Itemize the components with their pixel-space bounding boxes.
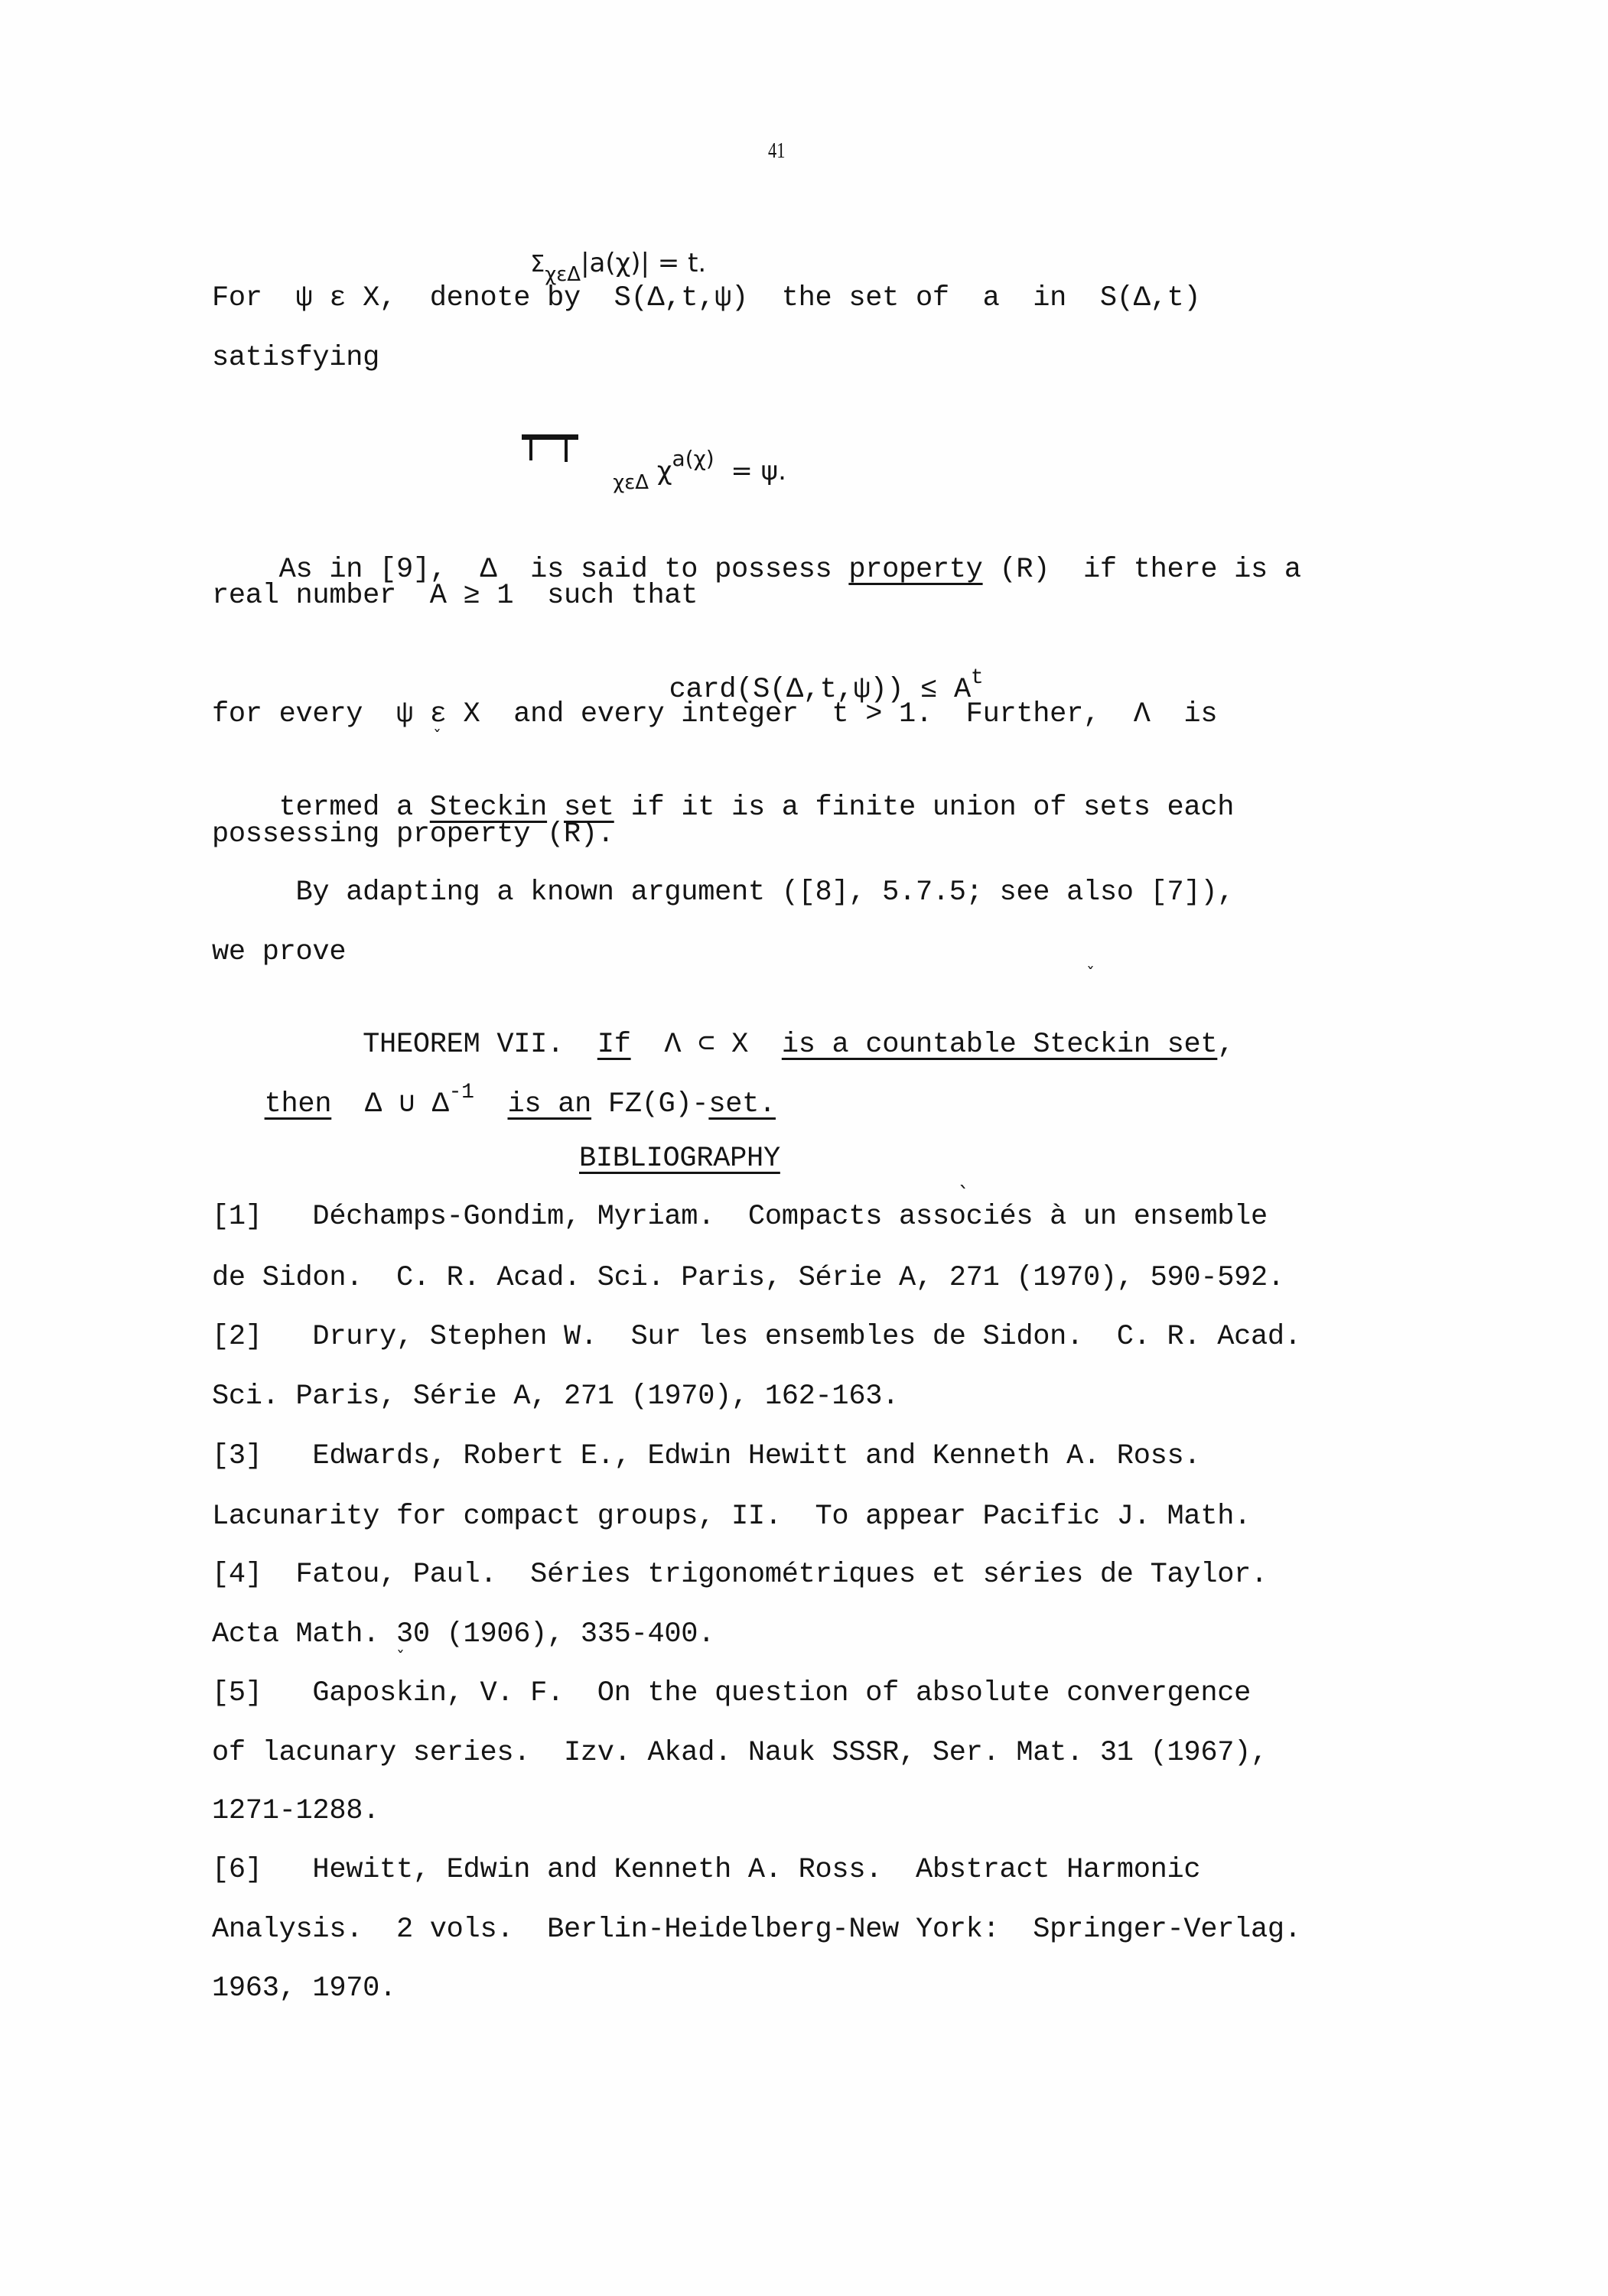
text-line-real-number: real number A ≥ 1 such that <box>212 579 698 613</box>
bib-line: Sci. Paris, Série A, 271 (1970), 162-163… <box>212 1380 899 1413</box>
theorem-expression: Δ ∪ Δ <box>331 1088 448 1120</box>
product-subscript: χεΔ <box>613 471 649 494</box>
underlined-term-property: property <box>848 554 982 586</box>
text-line-termed: termed a Steckin set if it is a finite u… <box>212 757 1234 791</box>
sigma-symbol: Σ <box>530 251 545 278</box>
underlined-then: then <box>265 1088 332 1120</box>
card-formula: card(S(Δ,t,ψ)) ≤ At <box>602 639 983 673</box>
bib-line: [4] Fatou, Paul. Séries trigonométriques… <box>212 1558 1268 1592</box>
text-segment: (R) if there is a <box>983 554 1301 586</box>
product-symbol-leg <box>529 436 532 460</box>
text-line-satisfying: satisfying <box>212 341 379 375</box>
product-base: χ <box>657 456 672 486</box>
bib-line: 1963, 1970. <box>212 1972 396 2005</box>
bib-line: Analysis. 2 vols. Berlin-Heidelberg-New … <box>212 1913 1301 1946</box>
bib-line: [5] Gaposkin, V. F. On the question of a… <box>212 1676 1251 1710</box>
text-segment: , <box>1217 1029 1234 1061</box>
caron-mark: ˇ <box>396 1649 405 1668</box>
theorem-line-2: then Δ ∪ Δ-1 is an FZ(G)-set. <box>197 1054 776 1088</box>
text-line-for-every: for every ψ ε X and every integer t > 1.… <box>212 698 1217 731</box>
theorem-exponent: -1 <box>449 1081 474 1104</box>
bib-line: [3] Edwards, Robert E., Edwin Hewitt and… <box>212 1439 1200 1473</box>
product-symbol-leg <box>565 436 568 462</box>
caron-mark: ˇ <box>1086 965 1095 984</box>
bib-line: of lacunary series. Izv. Akad. Nauk SSSR… <box>212 1736 1268 1770</box>
card-exponent: t <box>971 666 984 690</box>
text-line-for: For ψ ε X, denote by S(Δ,t,ψ) the set of… <box>212 281 1200 315</box>
theorem-line-1: THEOREM VII. If Λ ⊂ X is a countable Ste… <box>212 994 1234 1028</box>
product-exponent: a(χ) <box>672 446 714 471</box>
bib-line: [6] Hewitt, Edwin and Kenneth A. Ross. A… <box>212 1853 1200 1887</box>
bib-line: Acta Math. 30 (1906), 335-400. <box>212 1618 714 1651</box>
bib-line: Lacunarity for compact groups, II. To ap… <box>212 1500 1251 1533</box>
bib-line: de Sidon. C. R. Acad. Sci. Paris, Série … <box>212 1261 1284 1295</box>
bib-line: [2] Drury, Stephen W. Sur les ensembles … <box>212 1320 1301 1354</box>
underlined-countable-steckin-set: is a countable Steckin set <box>782 1029 1218 1061</box>
text-line-we-prove: we prove <box>212 935 346 969</box>
underlined-set: set. <box>708 1088 776 1120</box>
text-segment: FZ(G)- <box>591 1088 708 1120</box>
bib-line: 1271-1288. <box>212 1794 379 1828</box>
page-number: 41 <box>768 140 785 163</box>
text-line-possessing: possessing property (R). <box>212 818 614 851</box>
text-segment: if it is a finite union of sets each <box>614 792 1234 824</box>
text-line-by-adapting: By adapting a known argument ([8], 5.7.5… <box>212 876 1234 909</box>
underlined-is-an: is an <box>507 1088 591 1120</box>
product-formula: χεΔ χa(χ) = ψ. <box>580 425 786 517</box>
document-page: 41 ΣχεΔ|a(χ)| = t. For ψ ε X, denote by … <box>0 0 1608 2296</box>
text-line-as-in: As in [9], Δ is said to possess property… <box>212 519 1301 553</box>
bib-line: [1] Déchamps-Gondim, Myriam. Compacts as… <box>212 1200 1268 1234</box>
bibliography-heading: BIBLIOGRAPHY <box>579 1142 780 1176</box>
text-segment <box>474 1088 508 1120</box>
product-rhs: = ψ. <box>731 456 786 486</box>
caron-mark: ˇ <box>433 728 441 747</box>
sum-body: |a(χ)| = t. <box>581 248 706 278</box>
